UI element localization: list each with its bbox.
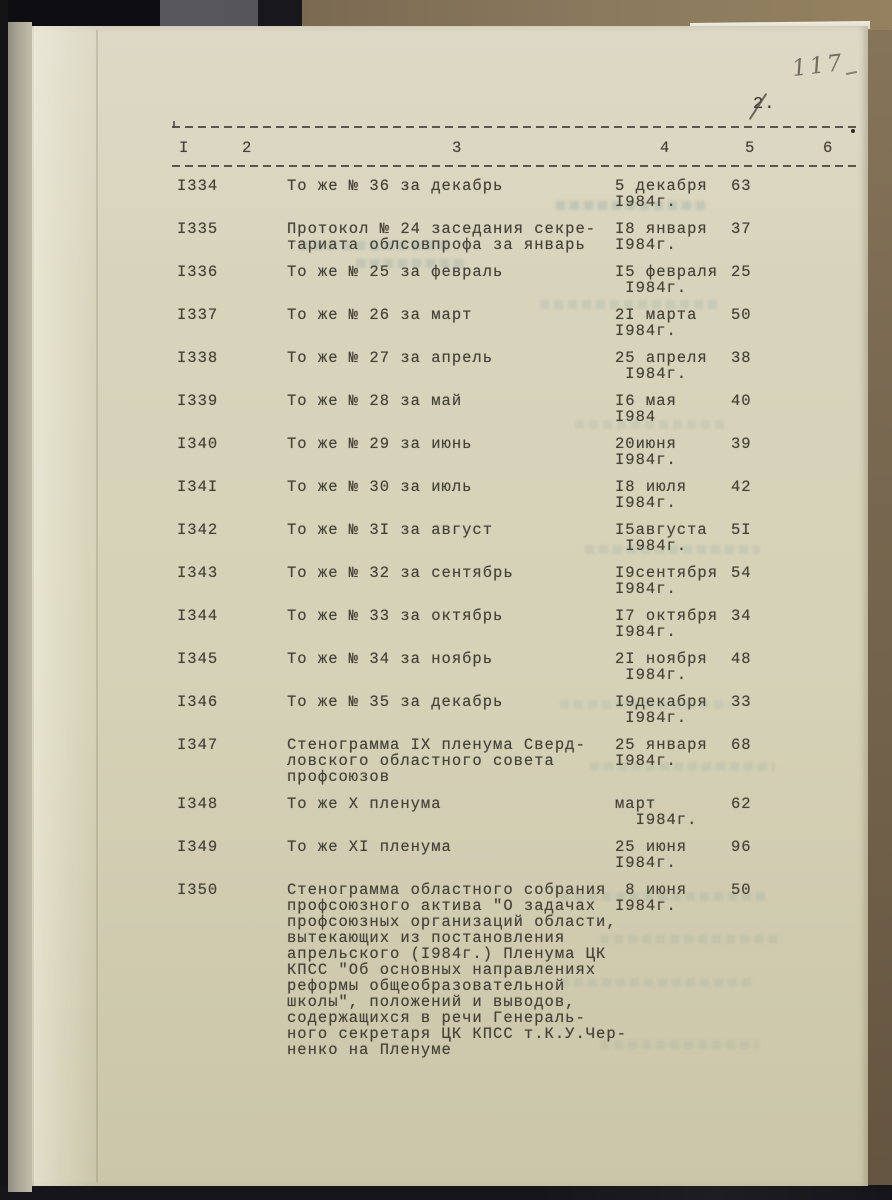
- item-description: То же № 28 за май: [287, 393, 615, 425]
- item-number: I345: [177, 651, 287, 683]
- table-row: I349 То же XI пленума 25 июня I984г. 96: [0, 839, 892, 871]
- item-date: 2I ноября I984г.: [615, 651, 731, 683]
- item-description: То же № 36 за декабрь: [287, 178, 615, 210]
- item-number: I337: [177, 307, 287, 339]
- item-number: I340: [177, 436, 287, 468]
- column-header-3: 3: [452, 140, 462, 156]
- item-number: I339: [177, 393, 287, 425]
- column-header-4: 4: [660, 140, 670, 156]
- column-header-5: 5: [745, 140, 755, 156]
- item-number: I343: [177, 565, 287, 597]
- table-row: I345 То же № 34 за ноябрь 2I ноября I984…: [0, 651, 892, 683]
- table-row: I350 Стенограмма областного собрания про…: [0, 882, 892, 1058]
- table-row: I343 То же № 32 за сентябрь I9сентября I…: [0, 565, 892, 597]
- item-page-count: 33: [731, 694, 791, 726]
- item-number: I342: [177, 522, 287, 554]
- table-row: I342 То же № 3I за август I5августа I984…: [0, 522, 892, 554]
- item-date: I8 июля I984г.: [615, 479, 731, 511]
- item-page-count: 50: [731, 307, 791, 339]
- item-date: I6 мая I984: [615, 393, 731, 425]
- item-description: То же № 30 за июль: [287, 479, 615, 511]
- table-row: I347 Стенограмма IX пленума Сверд- ловск…: [0, 737, 892, 785]
- item-page-count: 37: [731, 221, 791, 253]
- item-description: Протокол № 24 заседания секре- тариата о…: [287, 221, 615, 253]
- table-row: I348 То же X пленума март I984г. 62: [0, 796, 892, 828]
- item-date: I5 февраля I984г.: [615, 264, 731, 296]
- item-number: I336: [177, 264, 287, 296]
- table-row: I338 То же № 27 за апрель 25 апреля I984…: [0, 350, 892, 382]
- item-description: То же № 3I за август: [287, 522, 615, 554]
- dashed-rule-top: [172, 126, 858, 128]
- table-row: I339 То же № 28 за май I6 мая I984 40: [0, 393, 892, 425]
- table-row: I337 То же № 26 за март 2I марта I984г. …: [0, 307, 892, 339]
- item-description: То же № 29 за июнь: [287, 436, 615, 468]
- item-date: I9сентября I984г.: [615, 565, 731, 597]
- item-date: 25 апреля I984г.: [615, 350, 731, 382]
- item-page-count: 48: [731, 651, 791, 683]
- item-number: I344: [177, 608, 287, 640]
- item-number: I346: [177, 694, 287, 726]
- ink-speck: [851, 129, 855, 133]
- item-description: То же № 27 за апрель: [287, 350, 615, 382]
- table-row: I34I То же № 30 за июль I8 июля I984г. 4…: [0, 479, 892, 511]
- item-description: Стенограмма областного собрания профсоюз…: [287, 882, 615, 1058]
- item-date: I8 января I984г.: [615, 221, 731, 253]
- item-number: I335: [177, 221, 287, 253]
- column-header-6: 6: [823, 140, 833, 156]
- item-page-count: 40: [731, 393, 791, 425]
- column-header-2: 2: [242, 140, 252, 156]
- item-number: I338: [177, 350, 287, 382]
- inventory-table: I334 То же № 36 за декабрь 5 декабря I98…: [0, 178, 892, 1069]
- item-date: I5августа I984г.: [615, 522, 731, 554]
- item-number: I347: [177, 737, 287, 785]
- item-description: То же № 35 за декабрь: [287, 694, 615, 726]
- item-description: То же № 32 за сентябрь: [287, 565, 615, 597]
- dashed-rule-bottom: [172, 165, 858, 167]
- item-page-count: 34: [731, 608, 791, 640]
- item-number: I348: [177, 796, 287, 828]
- table-row: I344 То же № 33 за октябрь I7 октября I9…: [0, 608, 892, 640]
- item-page-count: 42: [731, 479, 791, 511]
- item-page-count: 39: [731, 436, 791, 468]
- handwritten-folio-number: 117: [791, 50, 847, 82]
- page-content: 117 2. I 2 3 4 5 6 I334 То же № 36 за де…: [0, 0, 892, 1200]
- item-page-count: 38: [731, 350, 791, 382]
- item-page-count: 5I: [731, 522, 791, 554]
- column-header-1: I: [179, 140, 189, 156]
- item-page-count: 68: [731, 737, 791, 785]
- item-page-count: 25: [731, 264, 791, 296]
- pen-dash-mark: [846, 71, 857, 75]
- item-date: март I984г.: [615, 796, 731, 828]
- item-description: То же № 25 за февраль: [287, 264, 615, 296]
- item-number: I334: [177, 178, 287, 210]
- item-description: То же № 26 за март: [287, 307, 615, 339]
- item-date: I7 октября I984г.: [615, 608, 731, 640]
- table-row: I335 Протокол № 24 заседания секре- тари…: [0, 221, 892, 253]
- item-date: I9декабря I984г.: [615, 694, 731, 726]
- item-number: I349: [177, 839, 287, 871]
- item-page-count: 63: [731, 178, 791, 210]
- item-description: То же № 34 за ноябрь: [287, 651, 615, 683]
- item-page-count: 50: [731, 882, 791, 1058]
- item-date: 25 января I984г.: [615, 737, 731, 785]
- item-date: 8 июня I984г.: [615, 882, 731, 1058]
- table-row: I336 То же № 25 за февраль I5 февраля I9…: [0, 264, 892, 296]
- item-description: То же XI пленума: [287, 839, 615, 871]
- item-date: 20июня I984г.: [615, 436, 731, 468]
- item-description: Стенограмма IX пленума Сверд- ловского о…: [287, 737, 615, 785]
- item-page-count: 96: [731, 839, 791, 871]
- item-description: То же № 33 за октябрь: [287, 608, 615, 640]
- item-number: I34I: [177, 479, 287, 511]
- item-description: То же X пленума: [287, 796, 615, 828]
- table-row: I346 То же № 35 за декабрь I9декабря I98…: [0, 694, 892, 726]
- item-number: I350: [177, 882, 287, 1058]
- item-date: 2I марта I984г.: [615, 307, 731, 339]
- item-date: 25 июня I984г.: [615, 839, 731, 871]
- table-row: I340 То же № 29 за июнь 20июня I984г. 39: [0, 436, 892, 468]
- item-page-count: 62: [731, 796, 791, 828]
- item-page-count: 54: [731, 565, 791, 597]
- item-date: 5 декабря I984г.: [615, 178, 731, 210]
- table-row: I334 То же № 36 за декабрь 5 декабря I98…: [0, 178, 892, 210]
